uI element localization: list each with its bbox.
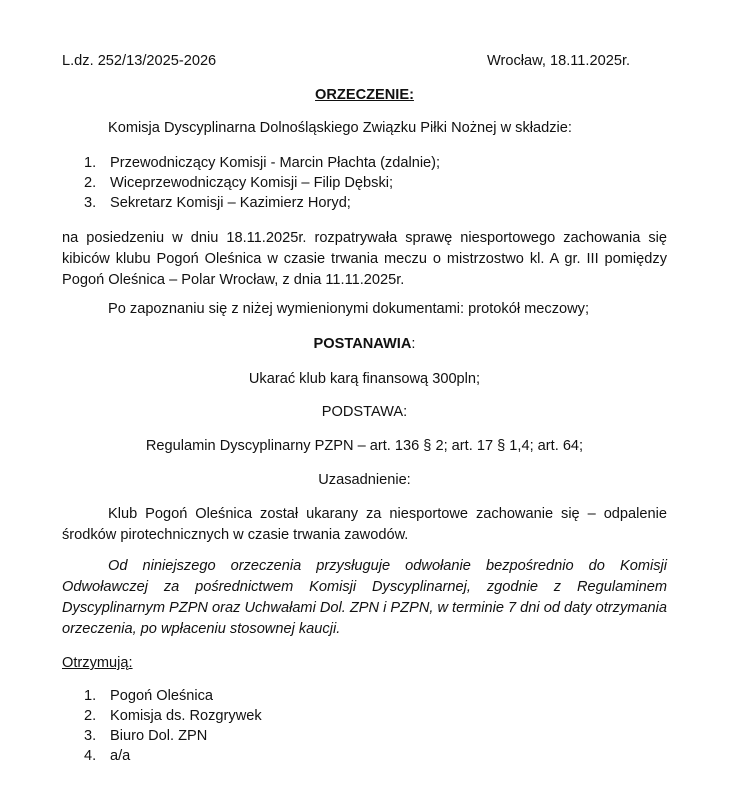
document-title: ORZECZENIE: <box>62 87 667 103</box>
recipient-item: 4.a/a <box>84 746 262 766</box>
place-date: Wrocław, 18.11.2025r. <box>487 53 630 69</box>
session-paragraph: na posiedzeniu w dniu 18.11.2025r. rozpa… <box>62 228 667 291</box>
basis-heading: PODSTAWA: <box>62 404 667 420</box>
member-item: 1.Przewodniczący Komisji - Marcin Płacht… <box>84 153 440 173</box>
intro-line: Komisja Dyscyplinarna Dolnośląskiego Zwi… <box>108 120 572 136</box>
appeal-notice: Od niniejszego orzeczenia przysługuje od… <box>62 556 667 640</box>
reference-number: L.dz. 252/13/2025-2026 <box>62 53 216 69</box>
recipient-item: 3.Biuro Dol. ZPN <box>84 726 262 746</box>
members-list: 1.Przewodniczący Komisji - Marcin Płacht… <box>84 153 440 213</box>
member-item: 2.Wiceprzewodniczący Komisji – Filip Dęb… <box>84 173 440 193</box>
decision-text: Ukarać klub karą finansową 300pln; <box>62 371 667 387</box>
recipient-item: 1.Pogoń Oleśnica <box>84 686 262 706</box>
basis-text: Regulamin Dyscyplinarny PZPN – art. 136 … <box>62 438 667 454</box>
justification-heading: Uzasadnienie: <box>62 472 667 488</box>
recipients-list: 1.Pogoń Oleśnica 2.Komisja ds. Rozgrywek… <box>84 686 262 766</box>
recipients-heading: Otrzymują: <box>62 655 133 671</box>
decision-heading: POSTANAWIA: <box>62 336 667 352</box>
documents-paragraph: Po zapoznaniu się z niżej wymienionymi d… <box>108 301 589 317</box>
justification-text: Klub Pogoń Oleśnica został ukarany za ni… <box>62 504 667 546</box>
recipient-item: 2.Komisja ds. Rozgrywek <box>84 706 262 726</box>
member-item: 3.Sekretarz Komisji – Kazimierz Horyd; <box>84 193 440 213</box>
